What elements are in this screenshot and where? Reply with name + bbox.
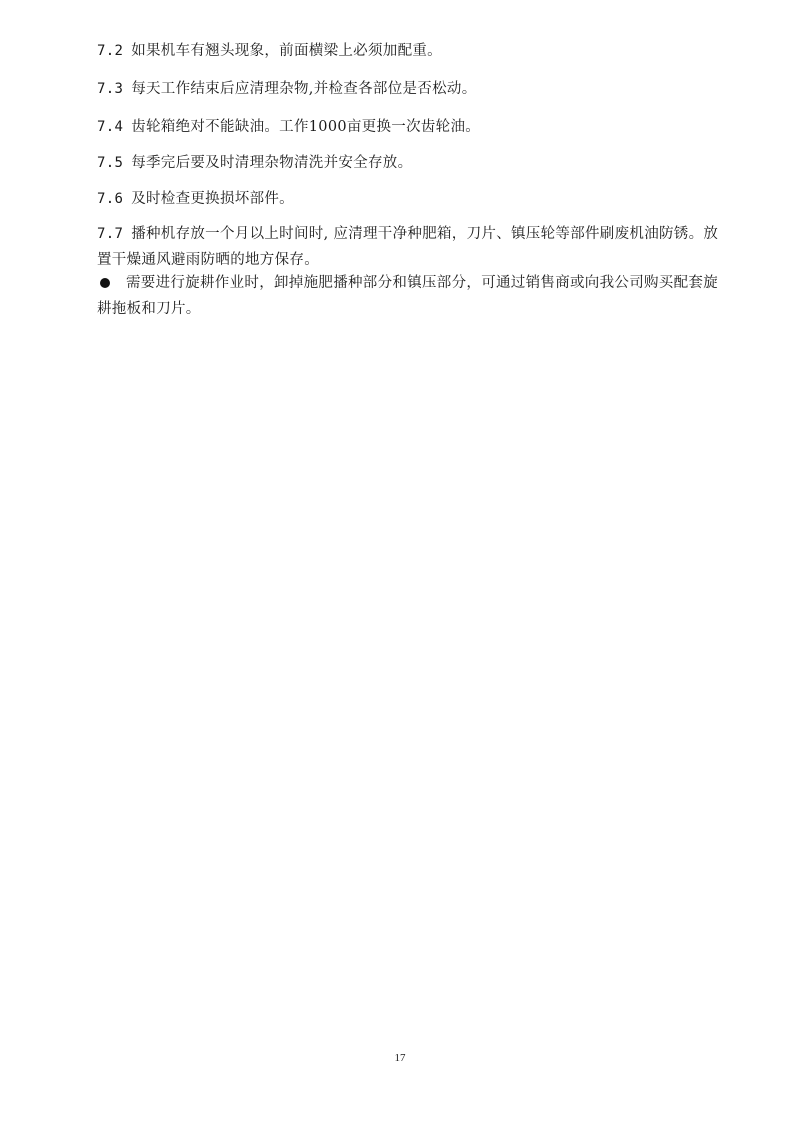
item-7-2: 7.2如果机车有翘头现象，前面横梁上必须加配重。 [97,41,442,61]
item-7-4: 7.4齿轮箱绝对不能缺油。工作1000亩更换一次齿轮油。 [97,117,480,137]
item-text: 每天工作结束后应清理杂物,并检查各部位是否松动。 [131,81,476,97]
bullet-icon [100,278,110,288]
item-number: 7.7 [97,221,123,247]
item-number: 7.5 [97,153,123,173]
item-text: 每季完后要及时清理杂物清洗并安全存放。 [131,155,412,171]
item-number: 7.4 [97,117,123,137]
item-text: 齿轮箱绝对不能缺油。工作1000亩更换一次齿轮油。 [131,119,480,135]
item-text: 及时检查更换损坏部件。 [131,191,294,207]
note-text: 需要进行旋耕作业时，卸掉施肥播种部分和镇压部分，可通过销售商或向我公司购买配套旋… [97,275,718,317]
item-text: 如果机车有翘头现象，前面横梁上必须加配重。 [131,43,442,59]
page-number: 17 [0,1052,800,1064]
note-paragraph: 需要进行旋耕作业时，卸掉施肥播种部分和镇压部分，可通过销售商或向我公司购买配套旋… [97,270,722,322]
document-page: 7.2如果机车有翘头现象，前面横梁上必须加配重。 7.3每天工作结束后应清理杂物… [0,0,800,1131]
item-7-5: 7.5每季完后要及时清理杂物清洗并安全存放。 [97,153,412,173]
item-number: 7.2 [97,41,123,61]
item-number: 7.6 [97,189,123,209]
item-number: 7.3 [97,79,123,99]
item-text: 播种机存放一个月以上时间时, 应清理干净种肥箱，刀片、镇压轮等部件刷废机油防锈。… [97,226,718,268]
item-7-7: 7.7播种机存放一个月以上时间时, 应清理干净种肥箱，刀片、镇压轮等部件刷废机油… [97,221,722,273]
item-7-3: 7.3每天工作结束后应清理杂物,并检查各部位是否松动。 [97,79,477,99]
item-7-6: 7.6及时检查更换损坏部件。 [97,189,294,209]
